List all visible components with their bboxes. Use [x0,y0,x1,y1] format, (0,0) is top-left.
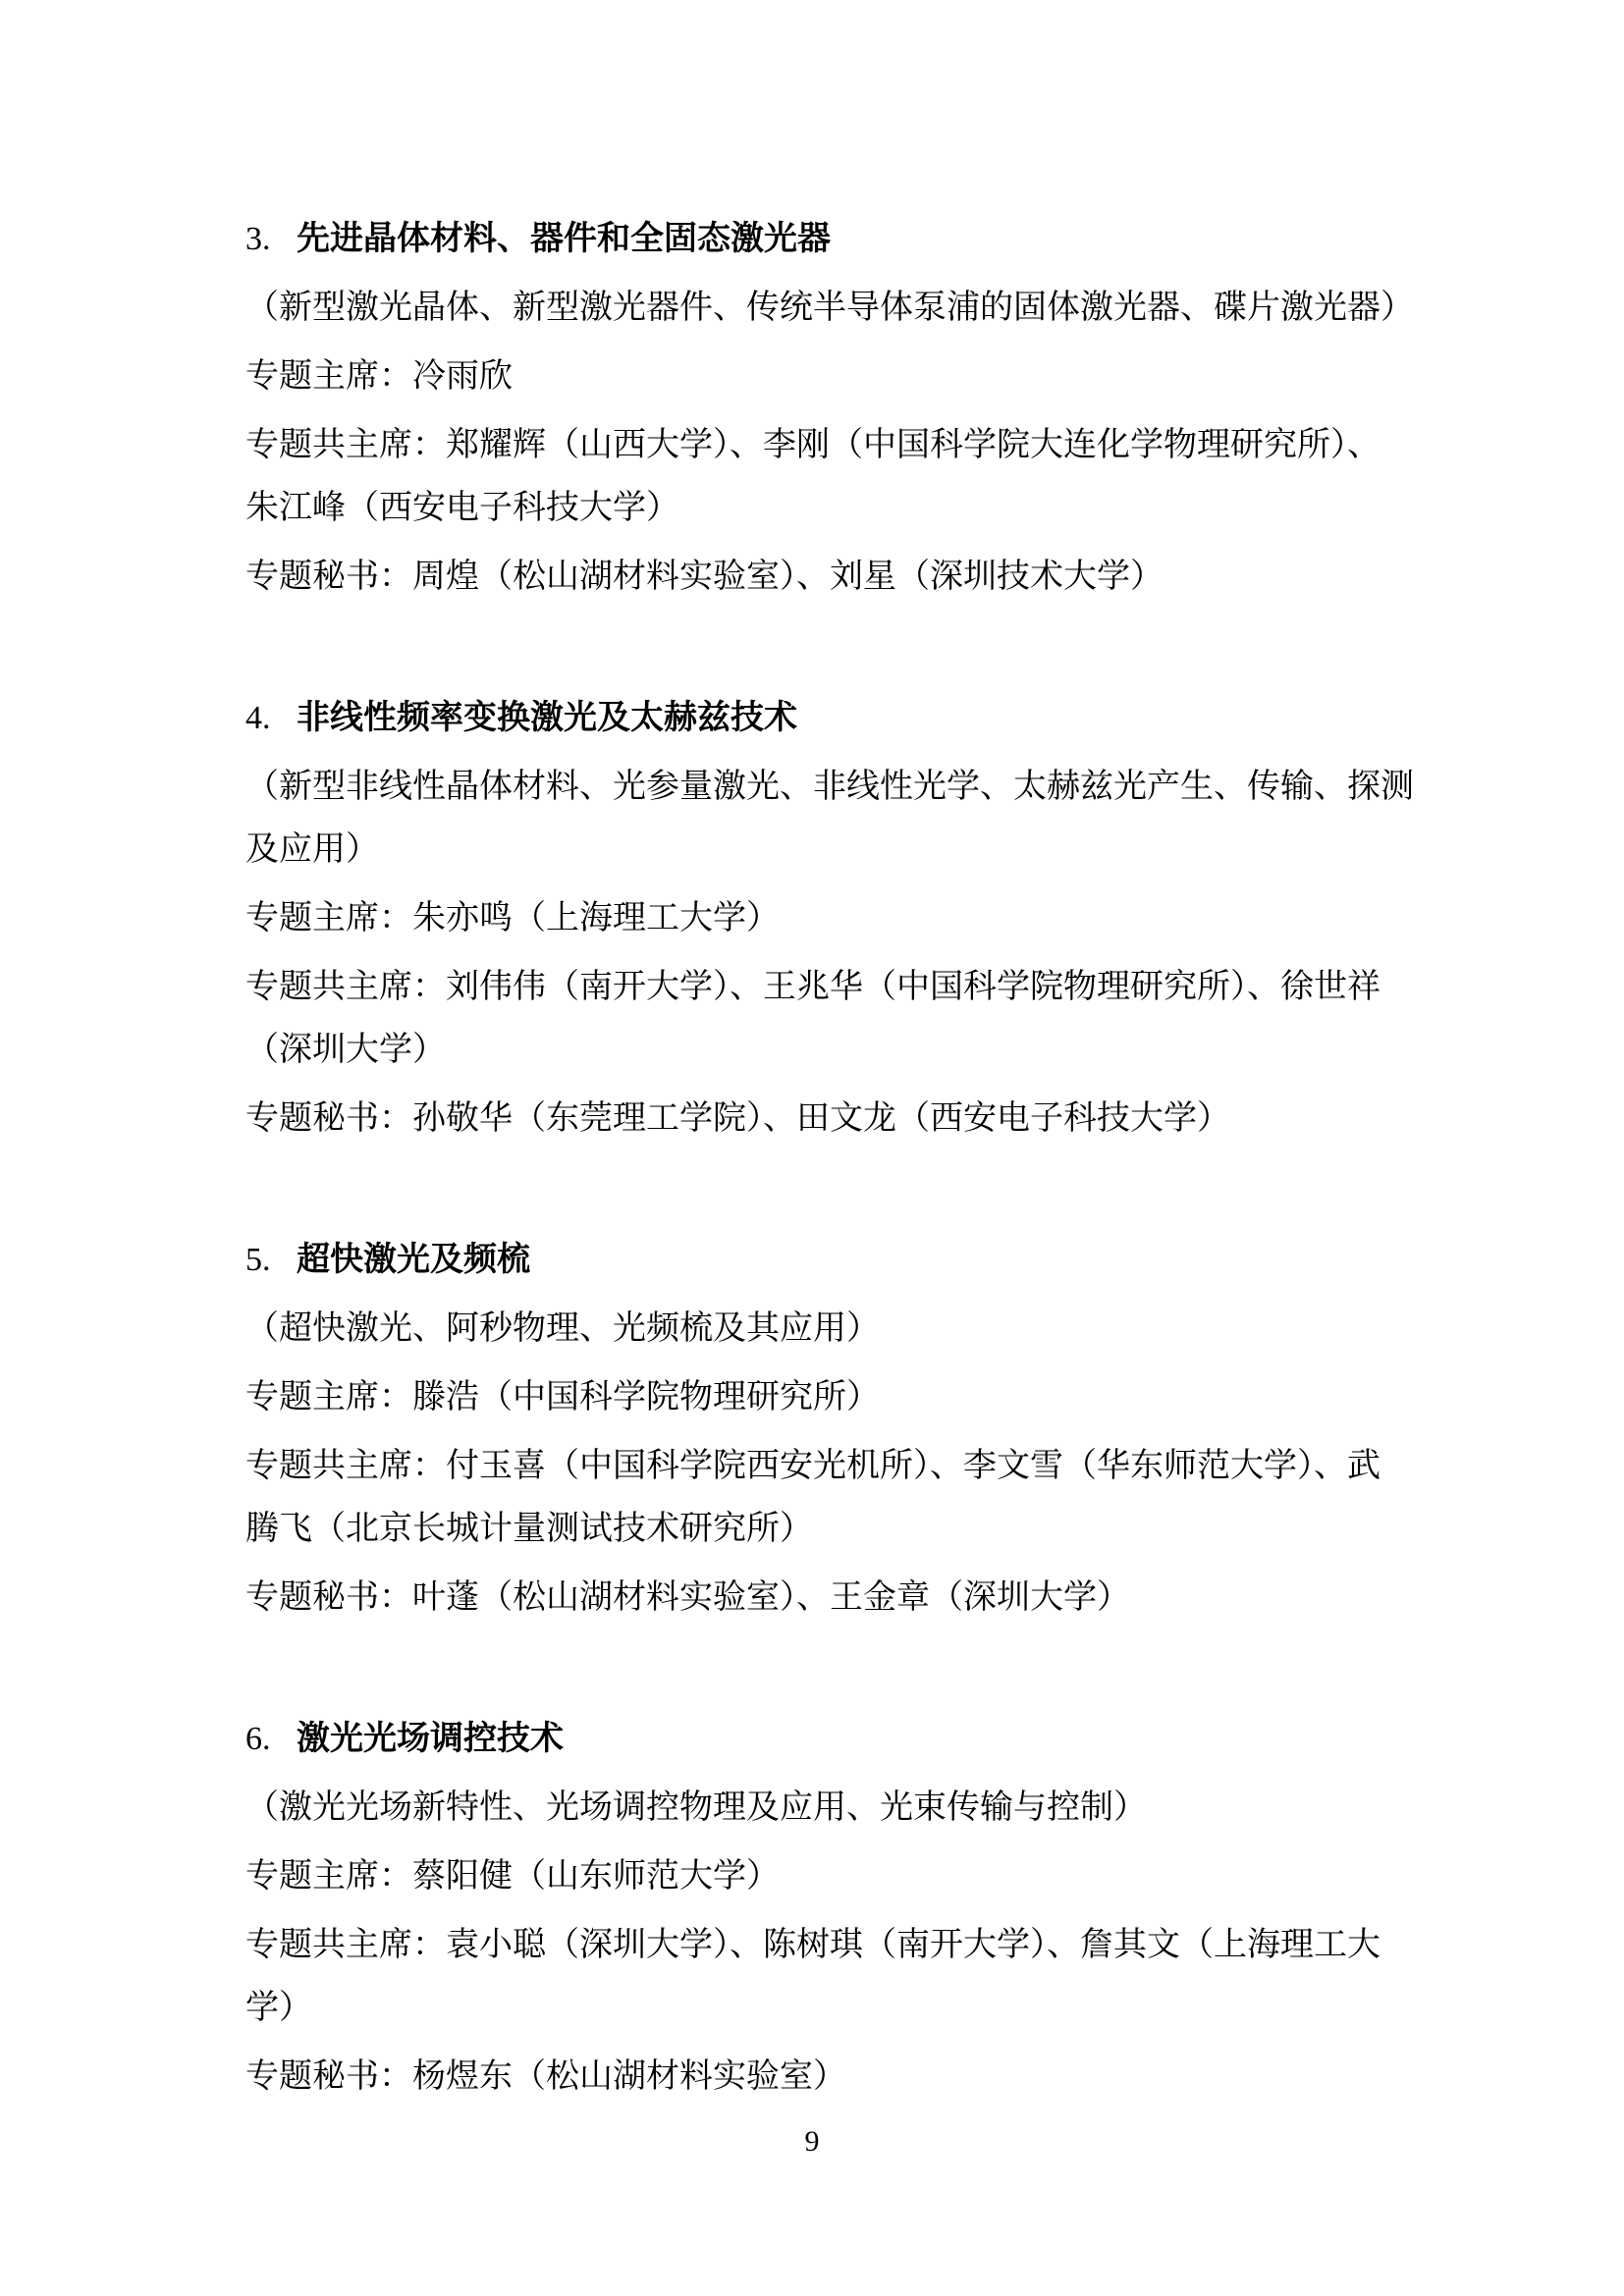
section-number: 5. [245,1229,297,1292]
text-line: 专题秘书：周煌（松山湖材料实验室）、刘星（深圳技术大学） [245,546,1434,609]
text-line: 专题共主席：袁小聪（深圳大学）、陈树琪（南开大学）、詹其文（上海理工大 [245,1914,1434,1977]
paragraph-secretary: 专题秘书：杨煜东（松山湖材料实验室） [245,2046,1434,2109]
text-line: 专题共主席：刘伟伟（南开大学）、王兆华（中国科学院物理研究所）、徐世祥 [245,956,1434,1019]
text-line: （新型激光晶体、新型激光器件、传统半导体泵浦的固体激光器、碟片激光器） [245,277,1434,340]
text-line: （激光光场新特性、光场调控物理及应用、光束传输与控制） [245,1777,1434,1840]
paragraph-secretary: 专题秘书：周煌（松山湖材料实验室）、刘星（深圳技术大学） [245,546,1434,609]
section-number: 3. [245,208,297,271]
section-title: 3.先进晶体材料、器件和全固态激光器 [245,208,1434,271]
paragraph-description: （新型非线性晶体材料、光参量激光、非线性光学、太赫兹光产生、传输、探测及应用） [245,756,1434,881]
paragraph-co-chairs: 专题共主席：袁小聪（深圳大学）、陈树琪（南开大学）、詹其文（上海理工大学） [245,1914,1434,2040]
page-footer: 9 [0,2122,1624,2162]
text-line: 专题主席：蔡阳健（山东师范大学） [245,1845,1434,1908]
paragraph-chair: 专题主席：朱亦鸣（上海理工大学） [245,887,1434,950]
section-title: 4.非线性频率变换激光及太赫兹技术 [245,687,1434,750]
document-page: 3.先进晶体材料、器件和全固态激光器（新型激光晶体、新型激光器件、传统半导体泵浦… [0,0,1624,2296]
text-line: （超快激光、阿秒物理、光频梳及其应用） [245,1298,1434,1361]
section-title-text: 先进晶体材料、器件和全固态激光器 [297,221,831,257]
text-line: 专题秘书：叶蓬（松山湖材料实验室）、王金章（深圳大学） [245,1567,1434,1629]
section-title: 6.激光光场调控技术 [245,1708,1434,1771]
paragraph-chair: 专题主席：蔡阳健（山东师范大学） [245,1845,1434,1908]
paragraph-description: （新型激光晶体、新型激光器件、传统半导体泵浦的固体激光器、碟片激光器） [245,277,1434,340]
text-line: 专题主席：冷雨欣 [245,346,1434,408]
text-line: 朱江峰（西安电子科技大学） [245,477,1434,540]
paragraph-co-chairs: 专题共主席：刘伟伟（南开大学）、王兆华（中国科学院物理研究所）、徐世祥（深圳大学… [245,956,1434,1082]
text-line: 专题秘书：杨煜东（松山湖材料实验室） [245,2046,1434,2109]
topic-section: 3.先进晶体材料、器件和全固态激光器（新型激光晶体、新型激光器件、传统半导体泵浦… [245,208,1434,609]
section-title-text: 激光光场调控技术 [297,1721,564,1757]
paragraph-description: （超快激光、阿秒物理、光频梳及其应用） [245,1298,1434,1361]
text-line: （新型非线性晶体材料、光参量激光、非线性光学、太赫兹光产生、传输、探测 [245,756,1434,819]
section-number: 4. [245,687,297,750]
text-line: 专题秘书：孙敬华（东莞理工学院）、田文龙（西安电子科技大学） [245,1088,1434,1150]
section-title: 5.超快激光及频梳 [245,1229,1434,1292]
text-line: 专题主席：滕浩（中国科学院物理研究所） [245,1366,1434,1429]
text-line: 专题共主席：付玉喜（中国科学院西安光机所）、李文雪（华东师范大学）、武 [245,1435,1434,1498]
text-line: 腾飞（北京长城计量测试技术研究所） [245,1498,1434,1561]
text-line: 学） [245,1977,1434,2040]
paragraph-secretary: 专题秘书：孙敬华（东莞理工学院）、田文龙（西安电子科技大学） [245,1088,1434,1150]
paragraph-co-chairs: 专题共主席：付玉喜（中国科学院西安光机所）、李文雪（华东师范大学）、武腾飞（北京… [245,1435,1434,1561]
document-content: 3.先进晶体材料、器件和全固态激光器（新型激光晶体、新型激光器件、传统半导体泵浦… [245,208,1434,2109]
topic-section: 5.超快激光及频梳（超快激光、阿秒物理、光频梳及其应用）专题主席：滕浩（中国科学… [245,1229,1434,1629]
paragraph-chair: 专题主席：冷雨欣 [245,346,1434,408]
section-number: 6. [245,1708,297,1771]
text-line: 及应用） [245,819,1434,881]
paragraph-description: （激光光场新特性、光场调控物理及应用、光束传输与控制） [245,1777,1434,1840]
section-title-text: 非线性频率变换激光及太赫兹技术 [297,700,797,736]
topic-section: 4.非线性频率变换激光及太赫兹技术（新型非线性晶体材料、光参量激光、非线性光学、… [245,687,1434,1150]
paragraph-co-chairs: 专题共主席：郑耀辉（山西大学）、李刚（中国科学院大连化学物理研究所）、朱江峰（西… [245,414,1434,540]
paragraph-secretary: 专题秘书：叶蓬（松山湖材料实验室）、王金章（深圳大学） [245,1567,1434,1629]
text-line: 专题主席：朱亦鸣（上海理工大学） [245,887,1434,950]
topic-section: 6.激光光场调控技术（激光光场新特性、光场调控物理及应用、光束传输与控制）专题主… [245,1708,1434,2109]
paragraph-chair: 专题主席：滕浩（中国科学院物理研究所） [245,1366,1434,1429]
page-number: 9 [805,2125,820,2158]
text-line: 专题共主席：郑耀辉（山西大学）、李刚（中国科学院大连化学物理研究所）、 [245,414,1434,477]
text-line: （深圳大学） [245,1019,1434,1082]
section-title-text: 超快激光及频梳 [297,1242,530,1278]
